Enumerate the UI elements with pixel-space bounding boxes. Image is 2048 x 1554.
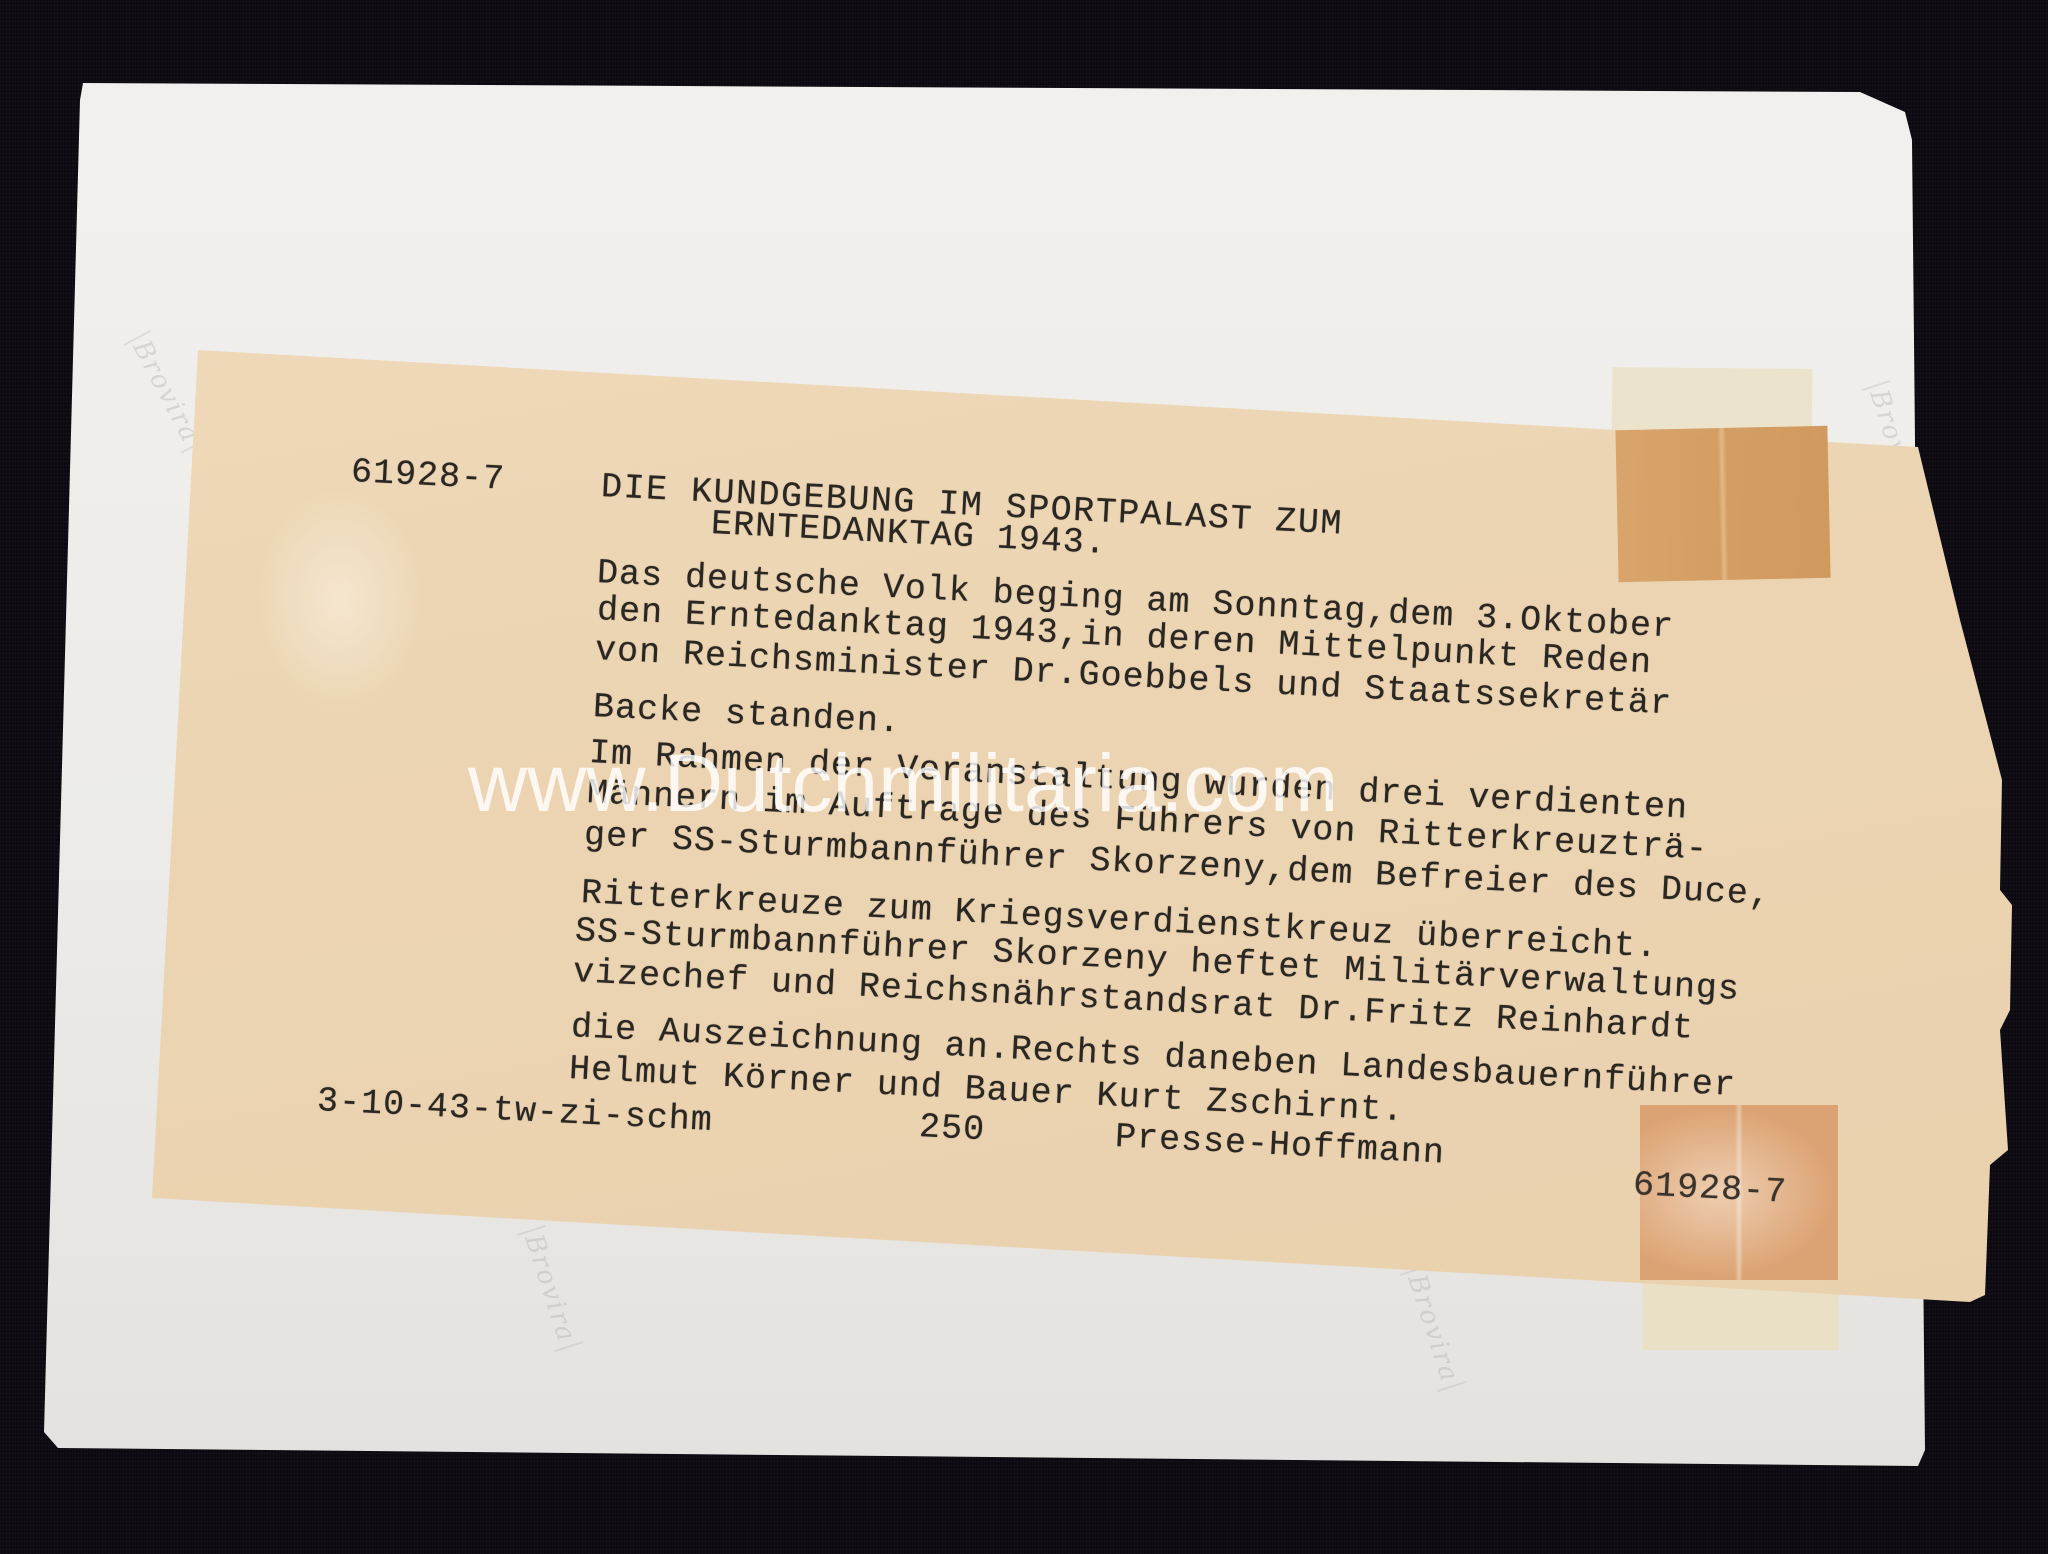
site-watermark: www.Dutchmilitaria.com (468, 743, 1338, 825)
footer-quantity: 250 (918, 1110, 986, 1148)
tape-piece-top (1615, 426, 1830, 582)
tape-photo-number: 61928-7 (1632, 1168, 1788, 1211)
photo-number: 61928-7 (350, 455, 506, 498)
